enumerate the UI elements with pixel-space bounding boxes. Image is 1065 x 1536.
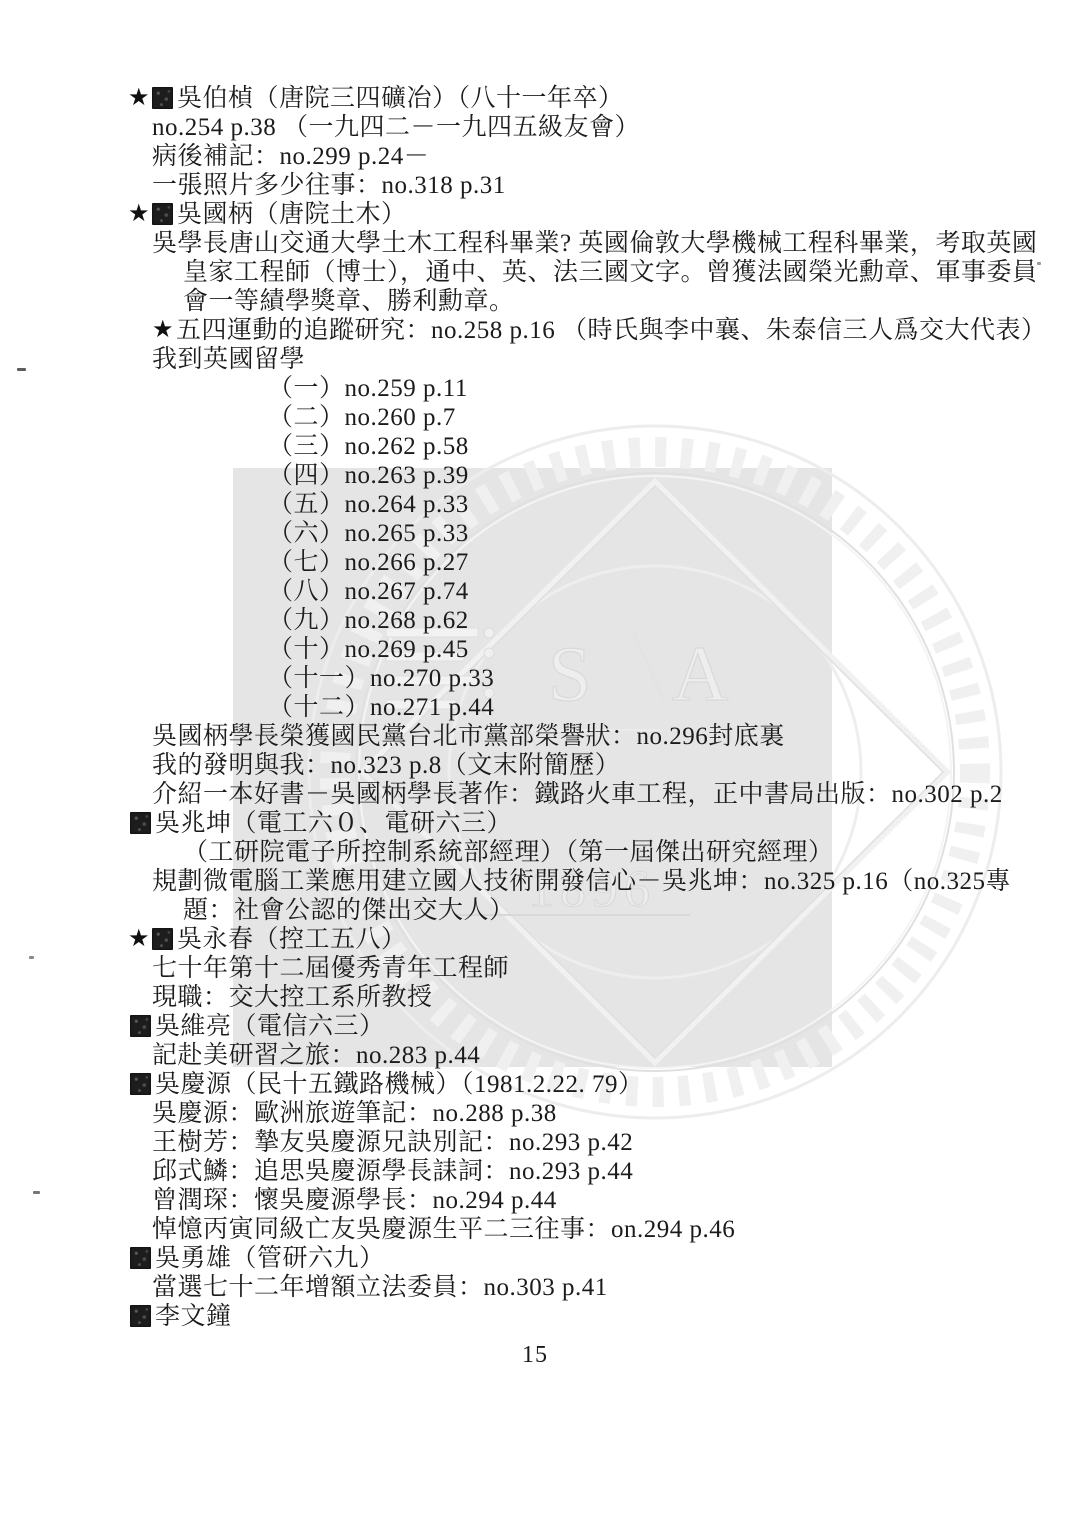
line-text: 吳學長唐山交通大學土木工程科畢業? 英國倫敦大學機械工程科畢業，考取英國: [152, 230, 1037, 257]
index-line: （八）no.267 p.74: [0, 577, 1065, 606]
index-line: no.254 p.38 （一九四二－一九四五級友會）: [0, 113, 1065, 142]
line-text: 病後補記：no.299 p.24－: [152, 143, 429, 170]
line-text: 吳永春（控工五八）: [177, 926, 407, 953]
line-text: 吳慶源（民十五鐵路機械）（1981.2.22. 79）: [155, 1071, 644, 1098]
index-line: （三）no.262 p.58: [0, 432, 1065, 461]
index-line: 皇家工程師（博士），通中、英、法三國文字。曾獲法國榮光勳章、軍事委員: [0, 258, 1065, 287]
line-text: （五）no.264 p.33: [268, 491, 469, 518]
index-line: 李文鐘: [0, 1302, 1065, 1331]
line-text: （四）no.263 p.39: [268, 462, 469, 489]
index-line: 吳勇雄（管研六九）: [0, 1244, 1065, 1273]
line-text: 介紹一本好書－吳國柄學長著作：鐵路火車工程，正中書局出版：no.302 p.2: [152, 781, 1003, 808]
index-line: ★吳國柄（唐院土木）: [0, 200, 1065, 229]
line-text: （六）no.265 p.33: [268, 520, 469, 547]
index-line: （五）no.264 p.33: [0, 490, 1065, 519]
line-text: （十一）no.270 p.33: [268, 665, 494, 692]
star-icon: ★: [128, 925, 150, 954]
line-text: 記赴美研習之旅：no.283 p.44: [152, 1042, 480, 1069]
index-line: ★吳伯楨（唐院三四礦冶）（八十一年卒）: [0, 84, 1065, 113]
index-line: 吳慶源（民十五鐵路機械）（1981.2.22. 79）: [0, 1070, 1065, 1099]
line-text: （一）no.259 p.11: [268, 375, 468, 402]
line-text: 吳兆坤（電工六０、電研六三）: [155, 810, 512, 837]
index-line: （十一）no.270 p.33: [0, 664, 1065, 693]
line-text: 吳勇雄（管研六九）: [155, 1245, 385, 1272]
index-line: 吳維亮（電信六三）: [0, 1012, 1065, 1041]
line-text: 悼憶丙寅同級亡友吳慶源生平二三往事：on.294 p.46: [152, 1216, 735, 1243]
line-text: 皇家工程師（博士），通中、英、法三國文字。曾獲法國榮光勳章、軍事委員: [183, 259, 1038, 286]
index-line: 邱式鱗：追思吳慶源學長誄詞：no.293 p.44: [0, 1157, 1065, 1186]
index-text-block: ★吳伯楨（唐院三四礦冶）（八十一年卒）no.254 p.38 （一九四二－一九四…: [0, 84, 1065, 1331]
line-text: 王樹芳：摯友吳慶源兄訣別記：no.293 p.42: [152, 1129, 633, 1156]
index-line: （十二）no.271 p.44: [0, 693, 1065, 722]
line-text: （八）no.267 p.74: [268, 578, 469, 605]
index-line: 吳兆坤（電工六０、電研六三）: [0, 809, 1065, 838]
index-line: 記赴美研習之旅：no.283 p.44: [0, 1041, 1065, 1070]
photo-stamp-icon: [130, 1015, 151, 1037]
index-line: 七十年第十二屆優秀青年工程師: [0, 954, 1065, 983]
index-line: （九）no.268 p.62: [0, 606, 1065, 635]
line-text: 吳慶源：歐洲旅遊筆記：no.288 p.38: [152, 1100, 557, 1127]
index-line: （七）no.266 p.27: [0, 548, 1065, 577]
index-line: 當選七十二年增額立法委員：no.303 p.41: [0, 1273, 1065, 1302]
star-icon: ★: [128, 200, 150, 229]
index-line: （二）no.260 p.7: [0, 403, 1065, 432]
index-line: 病後補記：no.299 p.24－: [0, 142, 1065, 171]
index-line: 吳學長唐山交通大學土木工程科畢業? 英國倫敦大學機械工程科畢業，考取英國: [0, 229, 1065, 258]
index-line: （工研院電子所控制系統部經理）（第一屆傑出研究經理）: [0, 838, 1065, 867]
index-line: 王樹芳：摯友吳慶源兄訣別記：no.293 p.42: [0, 1128, 1065, 1157]
line-text: 李文鐘: [155, 1303, 232, 1330]
line-text: 規劃微電腦工業應用建立國人技術開發信心－吳兆坤：no.325 p.16（no.3…: [152, 868, 1011, 895]
index-line: 規劃微電腦工業應用建立國人技術開發信心－吳兆坤：no.325 p.16（no.3…: [0, 867, 1065, 896]
line-text: （工研院電子所控制系統部經理）（第一屆傑出研究經理）: [183, 839, 834, 866]
photo-stamp-icon: [130, 1247, 151, 1269]
page-number: 15: [500, 1342, 570, 1369]
photo-stamp-icon: [130, 1305, 151, 1327]
index-line: 會一等績學獎章、勝利勳章。: [0, 287, 1065, 316]
index-line: ★五四運動的追蹤研究：no.258 p.16 （時氏與李中襄、朱泰信三人爲交大代…: [0, 316, 1065, 345]
line-text: 當選七十二年增額立法委員：no.303 p.41: [152, 1274, 608, 1301]
index-line: （四）no.263 p.39: [0, 461, 1065, 490]
index-line: 悼憶丙寅同級亡友吳慶源生平二三往事：on.294 p.46: [0, 1215, 1065, 1244]
star-icon: ★: [152, 316, 174, 345]
line-text: （十）no.269 p.45: [268, 636, 469, 663]
line-text: no.254 p.38 （一九四二－一九四五級友會）: [152, 114, 640, 141]
line-text: 我的發明與我：no.323 p.8（文末附簡歷）: [152, 752, 620, 779]
index-line: 我的發明與我：no.323 p.8（文末附簡歷）: [0, 751, 1065, 780]
index-line: 吳慶源：歐洲旅遊筆記：no.288 p.38: [0, 1099, 1065, 1128]
photo-stamp-icon: [152, 87, 173, 109]
index-line: （一）no.259 p.11: [0, 374, 1065, 403]
line-text: 現職：交大控工系所教授: [152, 984, 433, 1011]
line-text: 曾潤琛：懷吳慶源學長：no.294 p.44: [152, 1187, 557, 1214]
index-line: （十）no.269 p.45: [0, 635, 1065, 664]
line-text: 題：社會公認的傑出交大人）: [183, 897, 515, 924]
line-text: （七）no.266 p.27: [268, 549, 469, 576]
index-line: 吳國柄學長榮獲國民黨台北市黨部榮譽狀：no.296封底裏: [0, 722, 1065, 751]
photo-stamp-icon: [130, 812, 151, 834]
index-line: ★吳永春（控工五八）: [0, 925, 1065, 954]
line-text: （十二）no.271 p.44: [268, 694, 494, 721]
photo-stamp-icon: [152, 203, 173, 225]
line-text: 吳伯楨（唐院三四礦冶）（八十一年卒）: [177, 85, 624, 112]
line-text: 五四運動的追蹤研究：no.258 p.16 （時氏與李中襄、朱泰信三人爲交大代表…: [176, 317, 1047, 344]
index-line: （六）no.265 p.33: [0, 519, 1065, 548]
line-text: 吳維亮（電信六三）: [155, 1013, 385, 1040]
line-text: 吳國柄（唐院土木）: [177, 201, 407, 228]
line-text: 我到英國留學: [152, 346, 305, 373]
line-text: （三）no.262 p.58: [268, 433, 469, 460]
index-line: 介紹一本好書－吳國柄學長著作：鐵路火車工程，正中書局出版：no.302 p.2: [0, 780, 1065, 809]
line-text: 吳國柄學長榮獲國民黨台北市黨部榮譽狀：no.296封底裏: [152, 723, 785, 750]
index-line: 一張照片多少往事：no.318 p.31: [0, 171, 1065, 200]
index-line: 我到英國留學: [0, 345, 1065, 374]
line-text: 一張照片多少往事：no.318 p.31: [152, 172, 506, 199]
index-line: 曾潤琛：懷吳慶源學長：no.294 p.44: [0, 1186, 1065, 1215]
line-text: 會一等績學獎章、勝利勳章。: [183, 288, 515, 315]
star-icon: ★: [128, 84, 150, 113]
line-text: （九）no.268 p.62: [268, 607, 469, 634]
index-line: 現職：交大控工系所教授: [0, 983, 1065, 1012]
index-line: 題：社會公認的傑出交大人）: [0, 896, 1065, 925]
line-text: 邱式鱗：追思吳慶源學長誄詞：no.293 p.44: [152, 1158, 633, 1185]
document-page: S A 1896 ★吳伯楨（唐院三四礦冶）（八十一年卒）no.254 p.38 …: [0, 0, 1065, 1536]
photo-stamp-icon: [152, 928, 173, 950]
line-text: 七十年第十二屆優秀青年工程師: [152, 955, 509, 982]
line-text: （二）no.260 p.7: [268, 404, 456, 431]
photo-stamp-icon: [130, 1073, 151, 1095]
